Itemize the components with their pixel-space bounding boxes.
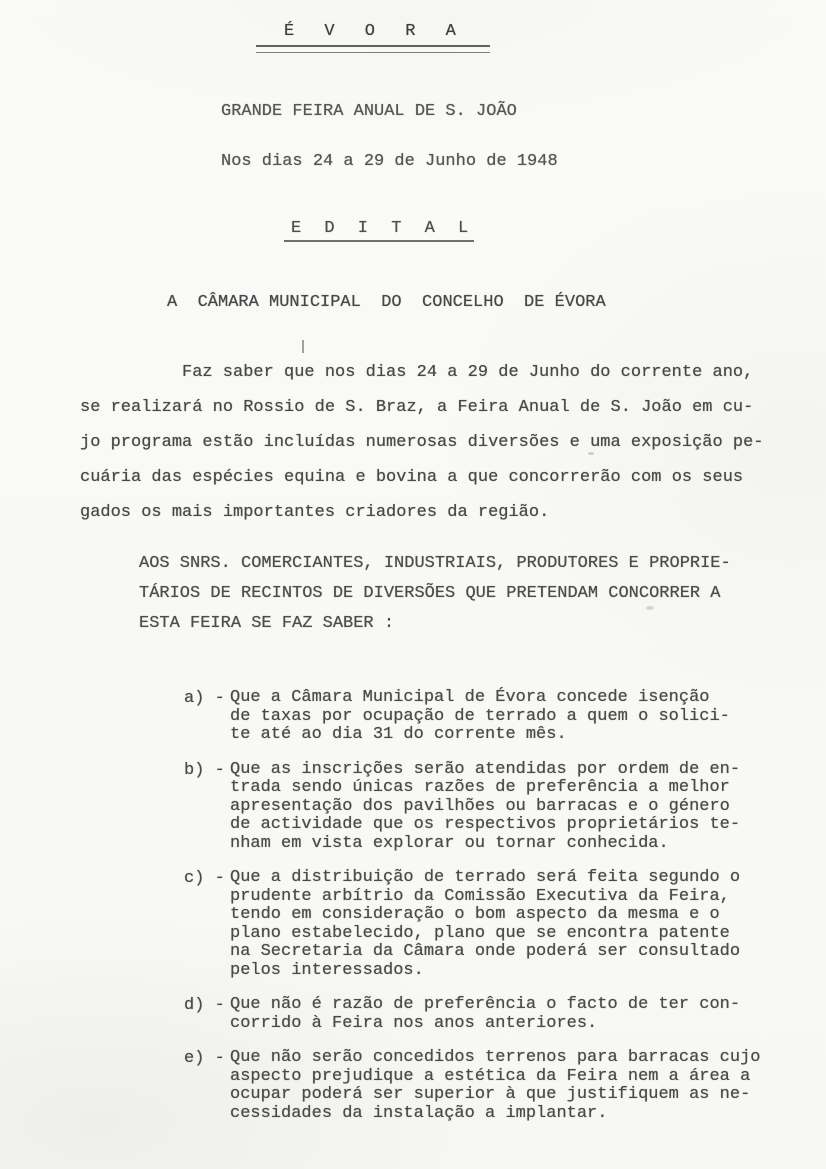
edital-heading: E D I T A L: [291, 219, 475, 238]
item-text: Que a Câmara Municipal de Évora concede …: [230, 689, 730, 745]
title-double-underline: [256, 45, 490, 53]
list-item-b: b) - Que as inscrições serão atendidas p…: [184, 761, 784, 854]
scanned-document-page: É V O R A GRANDE FEIRA ANUAL DE S. JOÃO …: [0, 0, 826, 1169]
edital-underline: [284, 240, 474, 242]
conditions-list: a) - Que a Câmara Municipal de Évora con…: [184, 689, 784, 1123]
notice-to-merchants: AOS SNRS. COMERCIANTES, INDUSTRIAIS, PRO…: [139, 549, 779, 639]
list-item-a: a) - Que a Câmara Municipal de Évora con…: [184, 689, 784, 745]
item-marker: c) -: [184, 869, 230, 980]
list-item-c: c) - Que a distribuição de terrado será …: [184, 869, 784, 980]
ink-speckle: [646, 606, 654, 610]
authority-line: A CÂMARA MUNICIPAL DO CONCELHO DE ÉVORA: [167, 293, 606, 312]
intro-paragraph: Faz saber que nos dias 24 a 29 de Junho …: [80, 355, 786, 530]
ink-speckle: [588, 452, 594, 455]
item-text: Que não é razão de preferência o facto d…: [230, 996, 740, 1033]
ink-speckle: [302, 340, 304, 353]
item-text: Que não serão concedidos terrenos para b…: [230, 1049, 761, 1123]
item-marker: a) -: [184, 689, 230, 745]
item-marker: d) -: [184, 996, 230, 1033]
list-item-e: e) - Que não serão concedidos terrenos p…: [184, 1049, 784, 1123]
item-marker: b) -: [184, 761, 230, 854]
fair-subtitle: GRANDE FEIRA ANUAL DE S. JOÃO: [221, 102, 517, 121]
item-marker: e) -: [184, 1049, 230, 1123]
fair-date-line: Nos dias 24 a 29 de Junho de 1948: [221, 152, 558, 171]
document-title: É V O R A: [284, 22, 466, 41]
item-text: Que a distribuição de terrado será feita…: [230, 869, 740, 980]
item-text: Que as inscrições serão atendidas por or…: [230, 761, 740, 854]
list-item-d: d) - Que não é razão de preferência o fa…: [184, 996, 784, 1033]
